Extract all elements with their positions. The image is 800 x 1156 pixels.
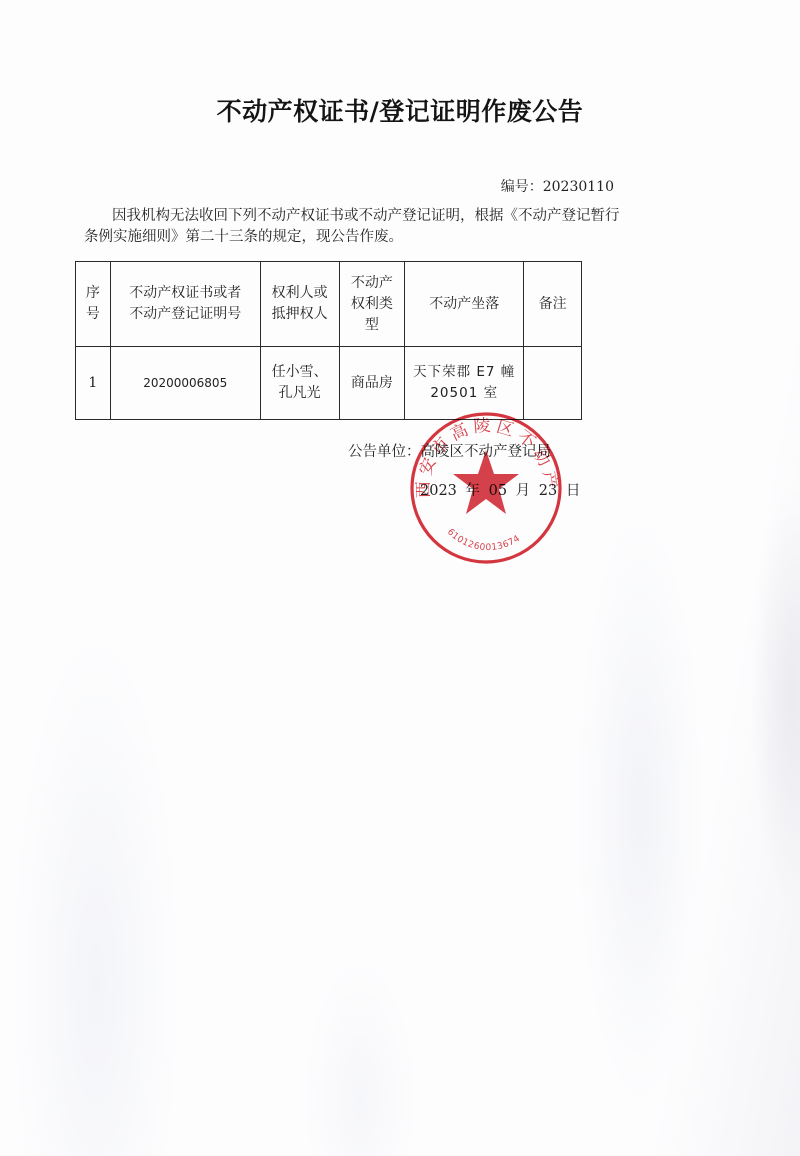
seal-code: 6101260013674	[445, 527, 522, 553]
document-number: 编号：20230110	[501, 176, 614, 196]
cell-right-type: 商品房	[339, 347, 405, 420]
paper-background	[0, 0, 800, 1156]
document-number-value: 20230110	[543, 179, 614, 195]
table-header-row: 序号 不动产权证书或者不动产登记证明号 权利人或抵押权人 不动产权利类型 不动产…	[76, 262, 582, 347]
header-note: 备注	[524, 262, 582, 347]
header-location: 不动产坐落	[405, 262, 524, 347]
issuing-unit: 公告单位：高陵区不动产登记局	[348, 440, 551, 461]
cell-location: 天下荣郡 E7 幢 20501 室	[405, 347, 524, 420]
header-cert-no: 不动产权证书或者不动产登记证明号	[110, 262, 260, 347]
cell-cert-no: 20200006805	[110, 347, 260, 420]
cell-seq: 1	[76, 347, 111, 420]
issuer-label: 公告单位：	[348, 444, 421, 460]
cell-note	[524, 347, 582, 420]
issuer-name: 高陵区不动产登记局	[421, 444, 552, 460]
issue-date: 2023 年 05 月 23 日	[420, 479, 580, 500]
header-right-type: 不动产权利类型	[339, 262, 405, 347]
document-number-label: 编号：	[501, 179, 543, 195]
table-row: 1 20200006805 任小雪、孔凡光 商品房 天下荣郡 E7 幢 2050…	[76, 347, 582, 420]
header-holder: 权利人或抵押权人	[260, 262, 339, 347]
announcement-body: 因我机构无法收回下列不动产权证书或不动产登记证明，根据《不动产登记暂行条例实施细…	[84, 206, 624, 248]
void-certificate-table: 序号 不动产权证书或者不动产登记证明号 权利人或抵押权人 不动产权利类型 不动产…	[75, 261, 582, 420]
page-title: 不动产权证书/登记证明作废公告	[0, 92, 800, 128]
header-seq: 序号	[76, 262, 111, 347]
cell-holder: 任小雪、孔凡光	[260, 347, 339, 420]
